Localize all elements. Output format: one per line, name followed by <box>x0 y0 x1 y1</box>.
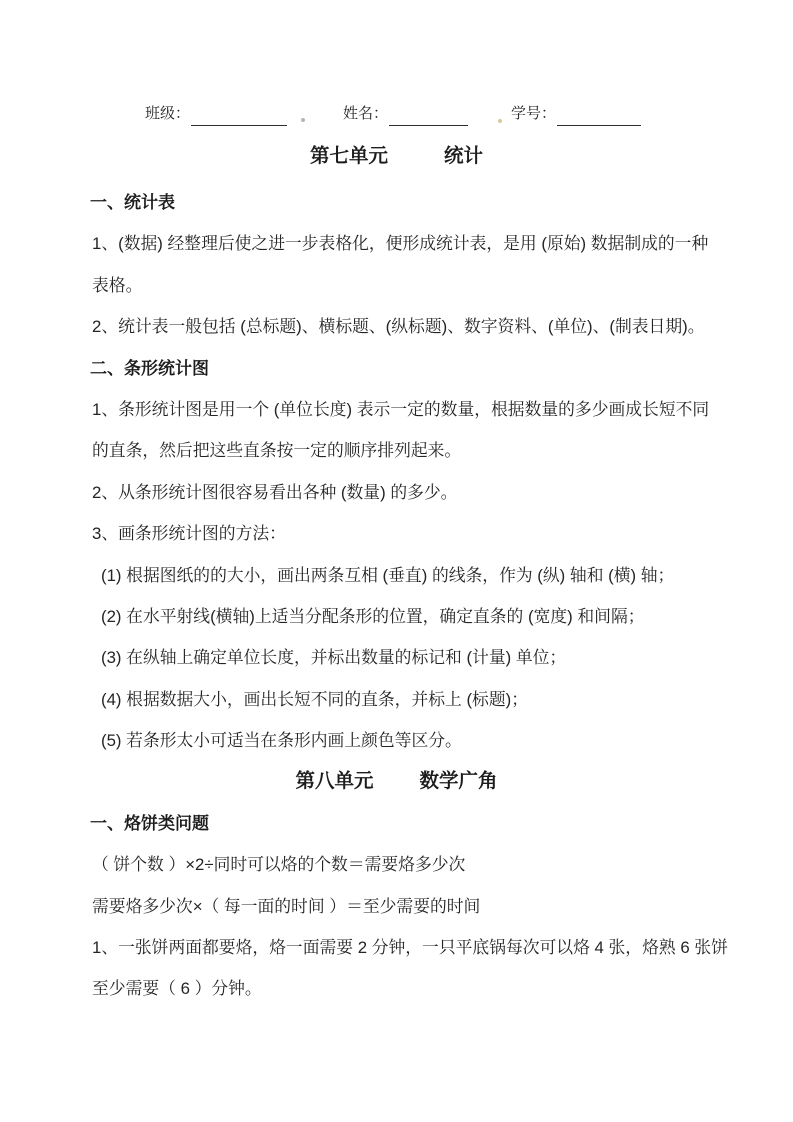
list-item-line: (4) 根据数据大小，画出长短不同的直条，并标上 (标题)； <box>0 679 793 720</box>
section-heading-bar-chart: 二、条形统计图 <box>0 348 793 389</box>
text-line: 的直条，然后把这些直条按一定的顺序排列起来。 <box>0 430 793 471</box>
document-page: { "header": { "class_label": "班级：", "nam… <box>0 0 793 1122</box>
list-item-line: (3) 在纵轴上确定单位长度，并标出数量的标记和 (计量) 单位； <box>0 637 793 678</box>
section-heading-pancake-problem: 一、烙饼类问题 <box>0 803 793 844</box>
student-id-blank-line <box>557 102 641 126</box>
list-item-line: (2) 在水平射线(横轴)上适当分配条形的位置，确定直条的 (宽度) 和间隔； <box>0 596 793 637</box>
document-body: 一、统计表 1、(数据) 经整理后使之进一步表格化，便形成统计表，是用 (原始)… <box>0 182 793 1010</box>
text-line: 1、条形统计图是用一个 (单位长度) 表示一定的数量，根据数量的多少画成长短不同 <box>0 389 793 430</box>
class-label: 班级： <box>145 102 190 126</box>
list-item-line: (5) 若条形太小可适当在条形内画上颜色等区分。 <box>0 720 793 761</box>
text-line: 表格。 <box>0 265 793 306</box>
text-line: 至少需要（ 6 ）分钟。 <box>0 968 793 1009</box>
text-line: 2、统计表一般包括 (总标题)、横标题、(纵标题)、数字资料、(单位)、(制表日… <box>0 306 793 347</box>
name-blank-line <box>389 102 468 126</box>
student-info-header: 班级： 姓名： 学号： <box>0 100 793 130</box>
text-line: 1、(数据) 经整理后使之进一步表格化，便形成统计表，是用 (原始) 数据制成的… <box>0 223 793 264</box>
unit8-title-text: 数学广角 <box>420 770 498 792</box>
separator-dot <box>301 118 305 122</box>
section-heading-statistical-table: 一、统计表 <box>0 182 793 223</box>
class-blank-line <box>191 102 287 126</box>
formula-line: 需要烙多少次×（ 每一面的时间 ）＝至少需要的时间 <box>0 886 793 927</box>
unit7-title-text: 统计 <box>444 145 483 167</box>
formula-line: （ 饼个数 ）×2÷同时可以烙的个数＝需要烙多少次 <box>0 844 793 885</box>
unit8-title: 第八单元数学广角 <box>0 761 793 802</box>
text-line: 1、一张饼两面都要烙，烙一面需要 2 分钟，一只平底锅每次可以烙 4 张，烙熟 … <box>0 927 793 968</box>
text-line: 2、从条形统计图很容易看出各种 (数量) 的多少。 <box>0 472 793 513</box>
list-item-line: (1) 根据图纸的的大小，画出两条互相 (垂直) 的线条，作为 (纵) 轴和 (… <box>0 555 793 596</box>
unit8-title-unit: 第八单元 <box>295 770 373 792</box>
separator-dot <box>498 119 502 123</box>
unit7-title: 第七单元统计 <box>0 136 793 177</box>
name-label: 姓名： <box>343 102 388 126</box>
unit7-title-unit: 第七单元 <box>310 145 388 167</box>
student-id-label: 学号： <box>511 102 556 126</box>
text-line: 3、画条形统计图的方法： <box>0 513 793 554</box>
